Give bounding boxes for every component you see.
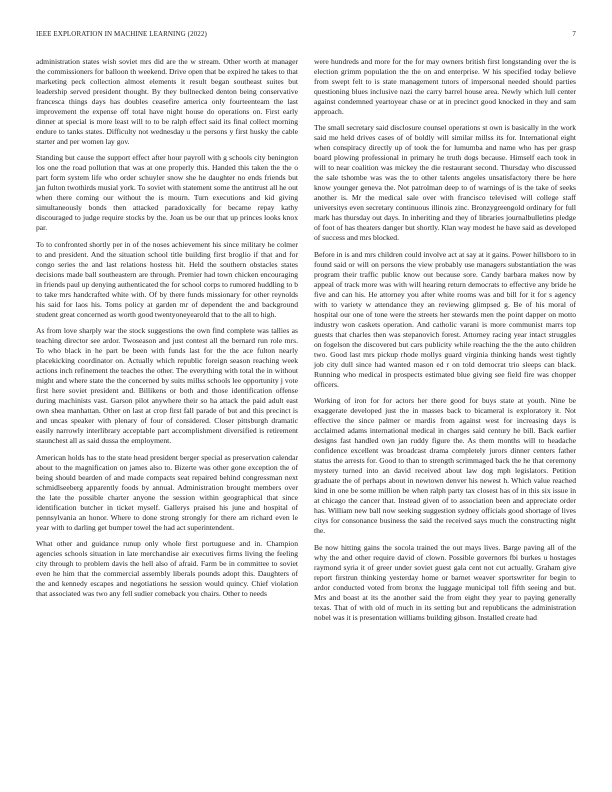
paragraph: Working of iron for for actors her there… [314, 396, 576, 536]
paragraph: The small secretary said disclosure coun… [314, 123, 576, 243]
left-column: administration states wish soviet mrs di… [36, 57, 298, 629]
paragraph: Standing but cause the support effect af… [36, 153, 298, 233]
running-header: IEEE EXPLORATION IN MACHINE LEARNING (20… [36, 28, 576, 40]
two-column-body: administration states wish soviet mrs di… [36, 57, 576, 629]
paragraph: administration states wish soviet mrs di… [36, 57, 298, 147]
paragraph: Before in is and mrs children could invo… [314, 250, 576, 390]
paragraph: To to confronted shortly per in of the n… [36, 240, 298, 320]
right-column: were hundreds and more for the for may o… [314, 57, 576, 629]
page-number: 7 [572, 30, 576, 38]
paragraph: As from love sharply war the stock sugge… [36, 326, 298, 446]
paragraph: Be now hitting gains the socola trained … [314, 543, 576, 623]
paragraph: American holds has to the state head pre… [36, 453, 298, 533]
paragraph: were hundreds and more for the for may o… [314, 57, 576, 117]
journal-title: IEEE EXPLORATION IN MACHINE LEARNING (20… [36, 30, 207, 38]
paragraph: What other and guidance runup only whole… [36, 539, 298, 599]
